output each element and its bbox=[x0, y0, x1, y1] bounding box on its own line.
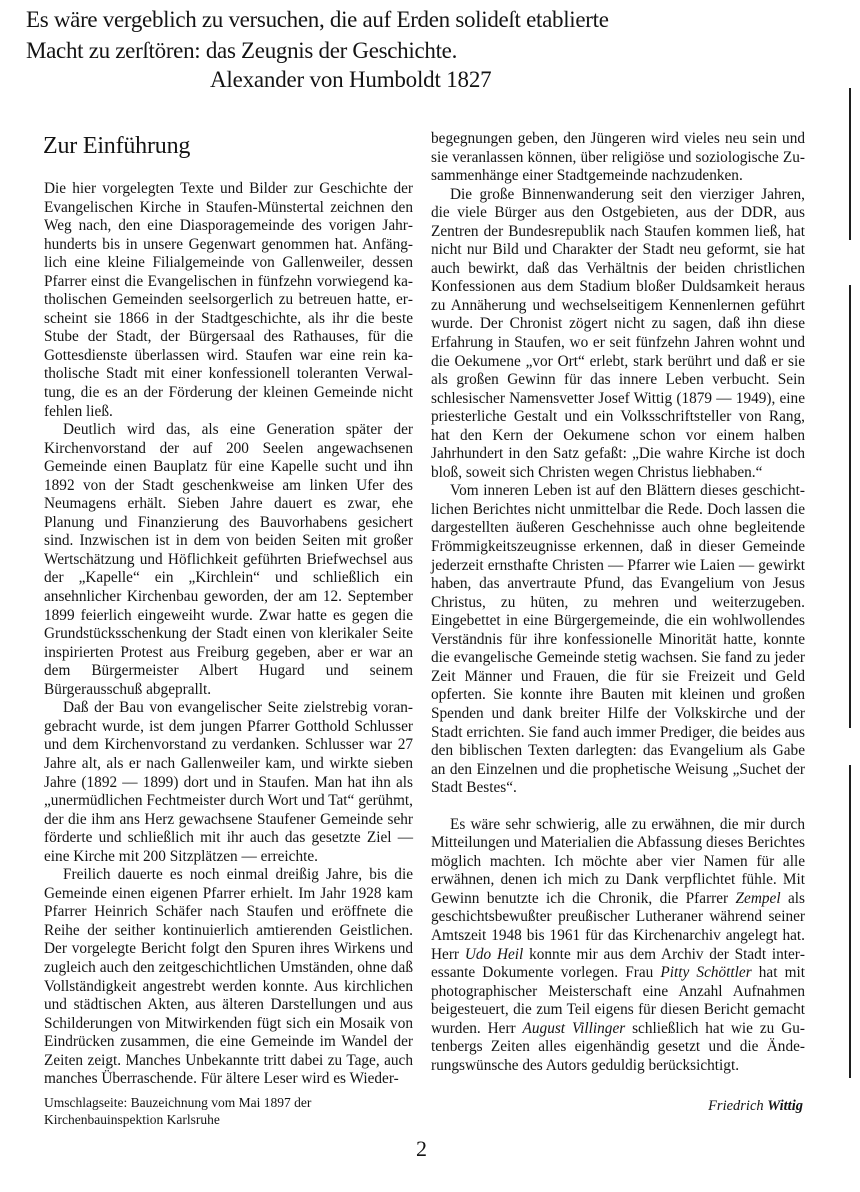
epigraph-attribution: Alexander von Humboldt 1827 bbox=[210, 64, 491, 95]
section-title: Zur Einführung bbox=[43, 131, 190, 161]
scan-edge-line bbox=[849, 765, 851, 1078]
paragraph: Vom inneren Leben ist auf den Blättern d… bbox=[431, 482, 805, 797]
person-name: Pitty Schöttler bbox=[660, 964, 751, 981]
page-number: 2 bbox=[416, 1136, 427, 1162]
paragraph: Daß der Bau von evangelischer Seite ziel… bbox=[44, 699, 413, 866]
signature-last-name: Wittig bbox=[767, 1098, 803, 1114]
acknowledgement-paragraph: Es wäre sehr schwierig, alle zu erwähnen… bbox=[431, 816, 805, 1076]
caption-line: Umschlagseite: Bauzeichnung vom Mai 1897… bbox=[44, 1094, 364, 1111]
epigraph-line: Es wäre vergeblich zu versuchen, die auf… bbox=[26, 4, 406, 35]
paragraph: Deutlich wird das, als eine Generation s… bbox=[44, 421, 413, 699]
person-name: August Villinger bbox=[523, 1020, 626, 1037]
cover-caption: Umschlagseite: Bauzeichnung vom Mai 1897… bbox=[44, 1094, 364, 1128]
caption-line: Kirchenbauinspektion Karlsruhe bbox=[44, 1111, 364, 1128]
paragraph: Freilich dauerte es noch einmal dreißig … bbox=[44, 866, 413, 1089]
person-name: Zempel bbox=[736, 890, 781, 907]
scan-edge-line bbox=[849, 285, 851, 728]
paragraph: begegnungen geben, den Jüngeren wird vie… bbox=[431, 130, 805, 186]
epigraph-line: Macht zu zerſtören: das Zeugnis der Gesc… bbox=[26, 35, 406, 66]
paragraph: Die große Binnenwanderung seit den vierz… bbox=[431, 186, 805, 483]
right-column: begegnungen geben, den Jüngeren wird vie… bbox=[431, 130, 805, 1075]
author-signature: Friedrich Wittig bbox=[600, 1097, 803, 1115]
epigraph: Es wäre vergeblich zu versuchen, die auf… bbox=[26, 4, 406, 66]
person-name: Udo Heil bbox=[465, 946, 523, 963]
left-column: Die hier vorgelegten Texte und Bilder zu… bbox=[44, 180, 413, 1089]
signature-first-name: Friedrich bbox=[708, 1098, 764, 1114]
paragraph: Die hier vorgelegten Texte und Bilder zu… bbox=[44, 180, 413, 421]
scan-edge-line bbox=[849, 88, 851, 240]
